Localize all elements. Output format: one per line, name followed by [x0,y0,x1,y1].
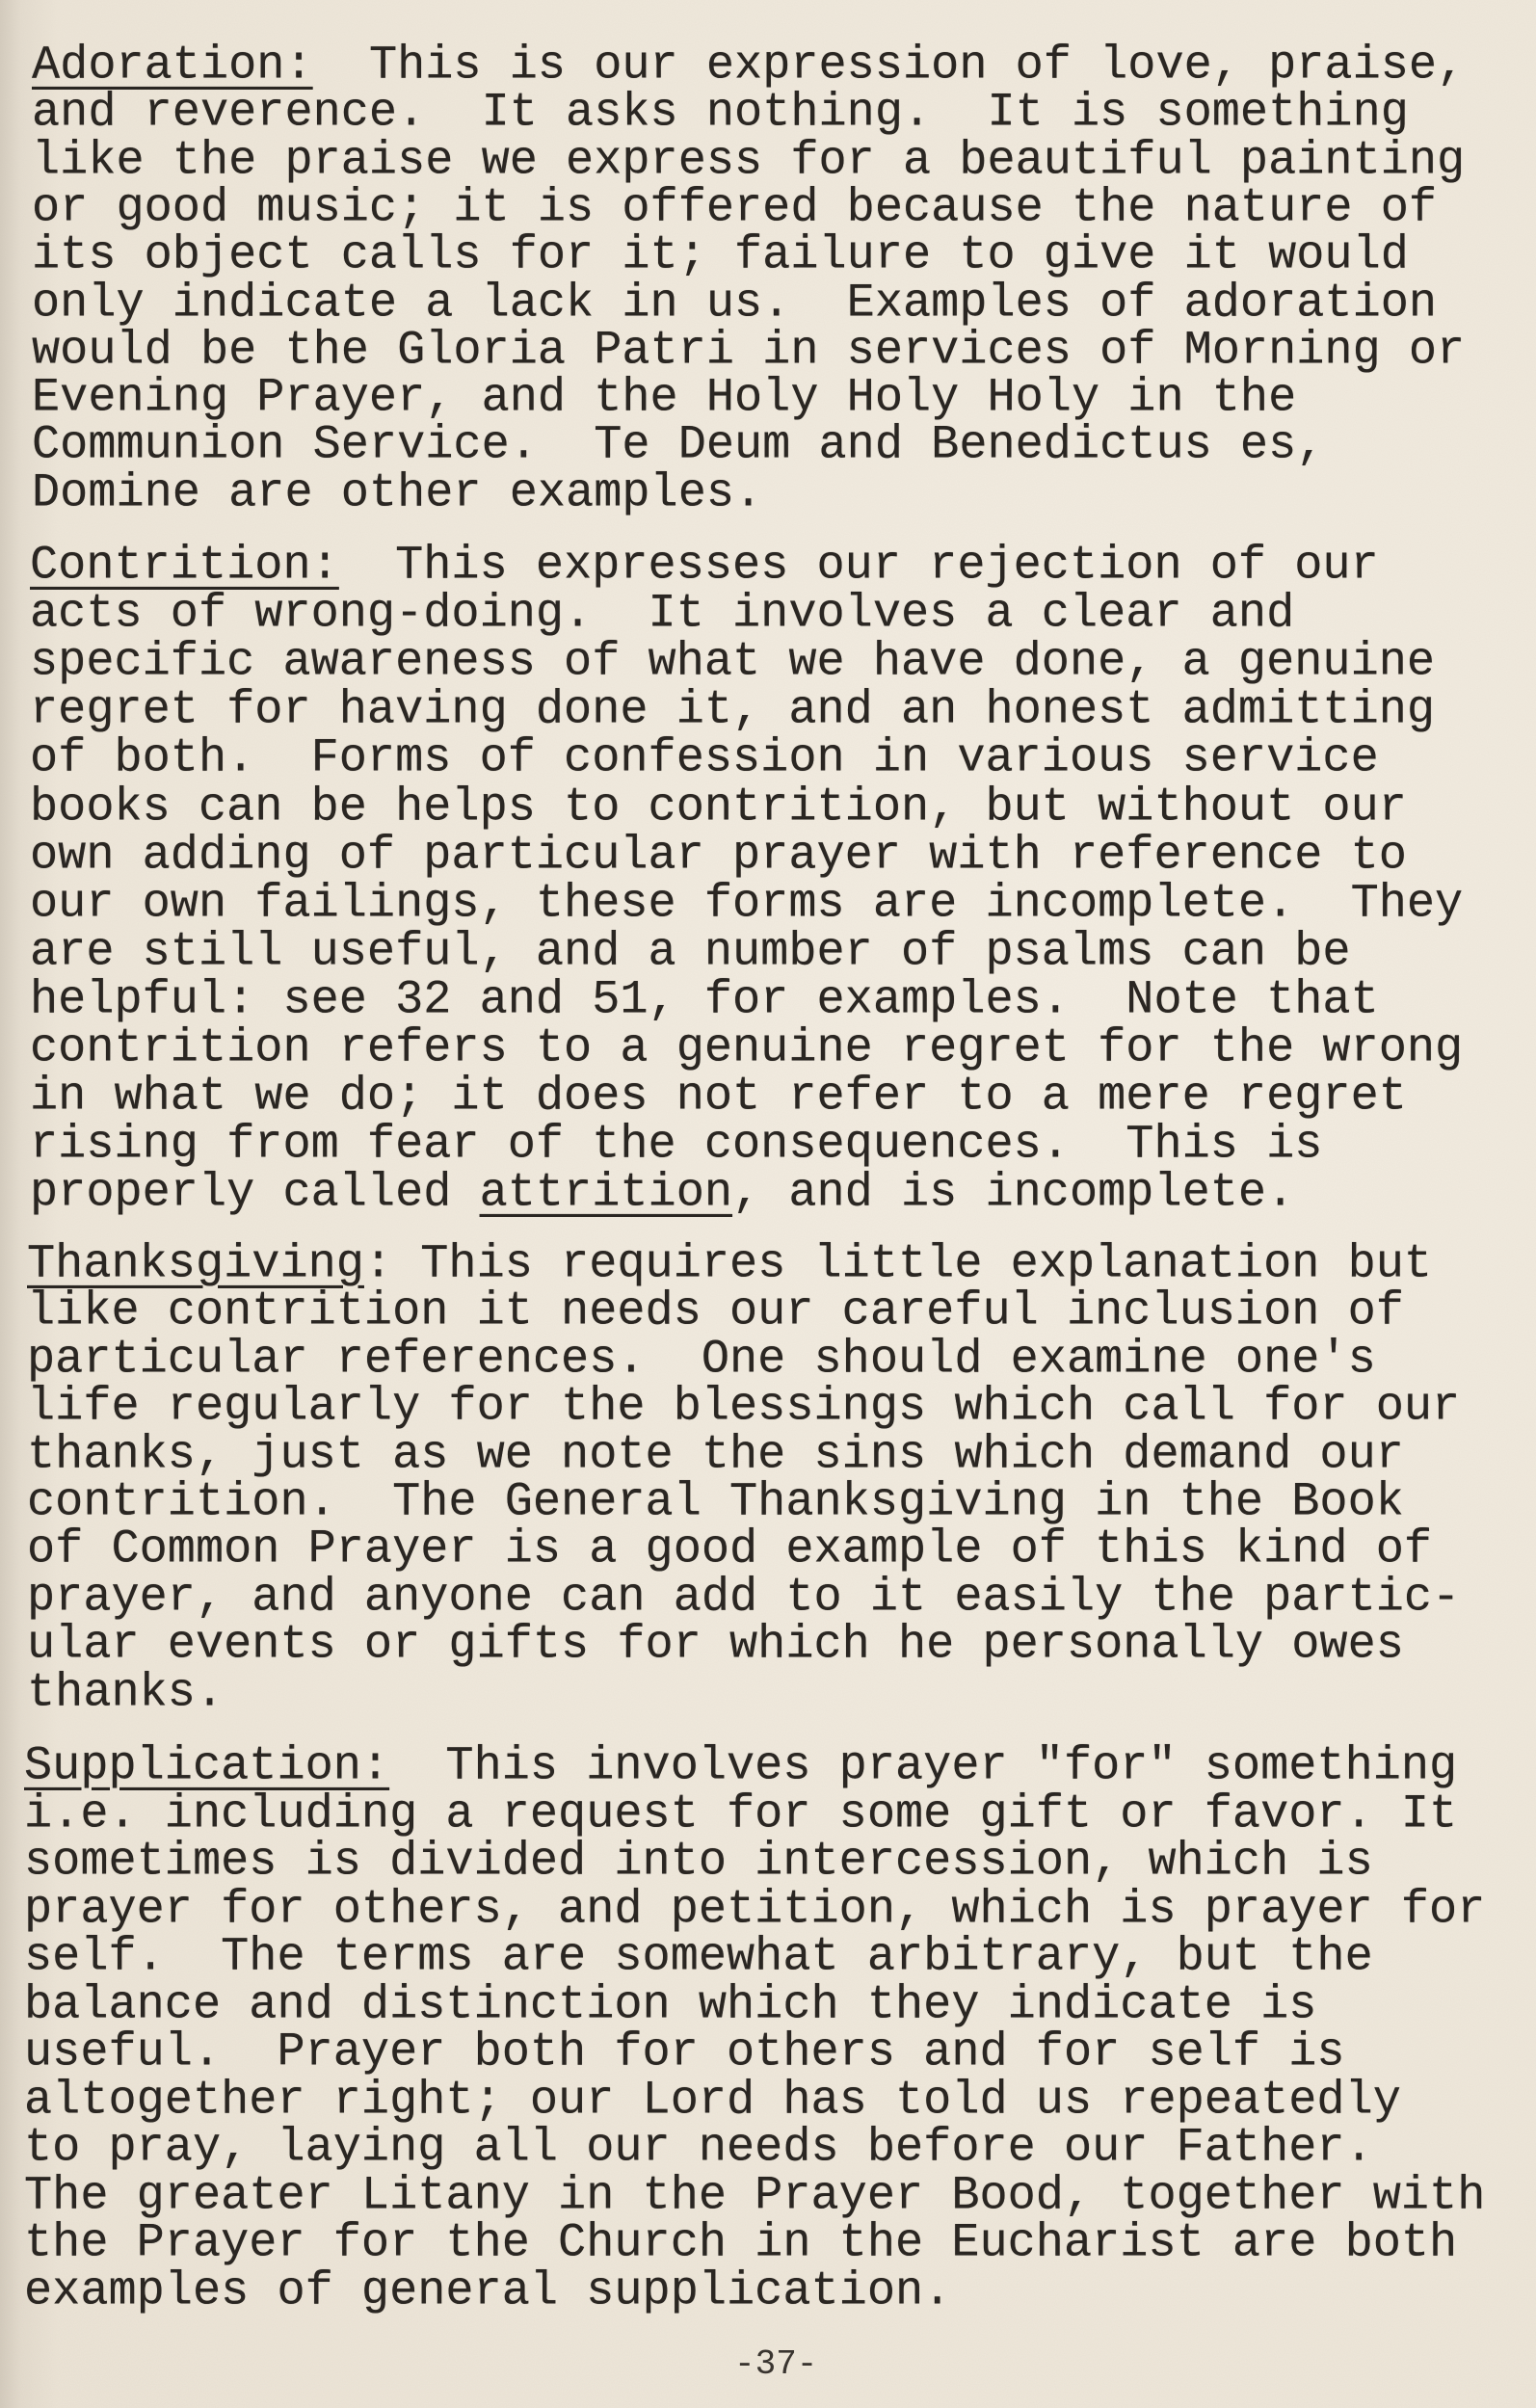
text-line: Domine are other examples. [32,470,762,518]
text-line: ular events or gifts for which he person… [27,1622,1404,1670]
text-run: to pray, laying all our needs before our… [24,2121,1373,2175]
text-run: acts of wrong-doing. It involves a clear… [30,587,1294,641]
text-line: thanks. [27,1670,224,1718]
text-line: own adding of particular prayer with ref… [30,833,1407,881]
text-line: Evening Prayer, and the Holy Holy Holy i… [32,375,1296,423]
text-line: sometimes is divided into intercession, … [24,1839,1373,1887]
text-run: specific awareness of what we have done,… [30,635,1435,689]
text-line: useful. Prayer both for others and for s… [24,2029,1345,2077]
text-line: altogether right; our Lord has told us r… [24,2077,1401,2126]
text-run: Evening Prayer, and the Holy Holy Holy i… [32,371,1296,425]
text-run: self. The terms are somewhat arbitrary, … [24,1930,1373,1984]
text-line: contrition. The General Thanksgiving in … [27,1479,1404,1527]
text-run: useful. Prayer both for others and for s… [24,2025,1345,2079]
text-line: Contrition: This expresses our rejection… [30,542,1379,591]
text-run: like the praise we express for a beautif… [32,134,1465,188]
text-run: helpful: see 32 and 51, for examples. No… [30,973,1379,1027]
text-run: Communion Service. Te Deum and Benedictu… [32,418,1324,472]
text-line: specific awareness of what we have done,… [30,639,1435,687]
text-line: rising from fear of the consequences. Th… [30,1122,1322,1170]
text-run: books can be helps to contrition, but wi… [30,780,1407,834]
text-line: are still useful, and a number of psalms… [30,929,1351,977]
text-run: are still useful, and a number of psalms… [30,925,1351,979]
text-run: rising from fear of the consequences. Th… [30,1118,1322,1172]
text-run: sometimes is divided into intercession, … [24,1835,1373,1889]
text-line: thanks, just as we note the sins which d… [27,1432,1404,1480]
text-run: of both. Forms of confession in various … [30,731,1379,785]
text-line: like the praise we express for a beautif… [32,138,1465,186]
text-line: prayer for others, and petition, which i… [24,1887,1485,1935]
text-line: of both. Forms of confession in various … [30,735,1379,783]
text-run: in what we do; it does not refer to a me… [30,1070,1407,1124]
text-line: helpful: see 32 and 51, for examples. No… [30,977,1379,1025]
text-line: The greater Litany in the Prayer Bood, t… [24,2173,1485,2221]
text-line: particular references. One should examin… [27,1336,1376,1385]
text-run: prayer for others, and petition, which i… [24,1882,1485,1936]
text-line: examples of general supplication. [24,2268,951,2316]
section-heading: Supplication: [24,1739,389,1793]
text-run: Domine are other examples. [32,466,762,520]
text-line: only indicate a lack in us. Examples of … [32,280,1437,329]
page-number: -37- [734,2344,817,2384]
text-line: like contrition it needs our careful inc… [27,1288,1404,1336]
text-run: life regularly for the blessings which c… [27,1380,1460,1434]
section-heading: Adoration: [32,39,313,93]
text-run: thanks. [27,1666,224,1720]
section-heading: Thanksgiving [27,1237,364,1291]
text-run: our own failings, these forms are incomp… [30,877,1463,931]
text-line: acts of wrong-doing. It involves a clear… [30,591,1294,639]
underlined-term: attrition [480,1166,732,1220]
text-run: regret for having done it, and an honest… [30,683,1435,737]
section-heading: Contrition: [30,539,339,593]
text-line: and reverence. It asks nothing. It is so… [32,90,1409,138]
text-line: or good music; it is offered because the… [32,185,1437,233]
text-line: Communion Service. Te Deum and Benedictu… [32,422,1324,470]
text-line: life regularly for the blessings which c… [27,1384,1460,1432]
text-line: i.e. including a request for some gift o… [24,1791,1457,1839]
text-line: of Common Prayer is a good example of th… [27,1526,1432,1574]
text-run: : This requires little explanation but [364,1237,1432,1291]
text-line: would be the Gloria Patri in services of… [32,328,1465,376]
text-line: prayer, and anyone can add to it easily … [27,1574,1460,1623]
text-run: the Prayer for the Church in the Euchari… [24,2216,1457,2270]
text-line: Supplication: This involves prayer "for"… [24,1743,1457,1791]
text-run: properly called [30,1166,480,1220]
text-line: self. The terms are somewhat arbitrary, … [24,1934,1373,1982]
text-line: Thanksgiving: This requires little expla… [27,1241,1432,1289]
text-line: contrition refers to a genuine regret fo… [30,1025,1463,1073]
text-line: Adoration: This is our expression of lov… [32,42,1465,91]
text-line: in what we do; it does not refer to a me… [30,1073,1407,1122]
text-run: contrition. The General Thanksgiving in … [27,1475,1404,1529]
text-run: thanks, just as we note the sins which d… [27,1428,1404,1482]
text-line: books can be helps to contrition, but wi… [30,784,1407,833]
text-line: our own failings, these forms are incomp… [30,881,1463,929]
text-run: balance and distinction which they indic… [24,1977,1316,2031]
text-run: ular events or gifts for which he person… [27,1618,1404,1672]
text-run: altogether right; our Lord has told us r… [24,2073,1401,2127]
text-run: would be the Gloria Patri in services of… [32,324,1465,378]
text-run: and reverence. It asks nothing. It is so… [32,86,1409,140]
text-run: This is our expression of love, praise, [313,39,1466,93]
text-line: the Prayer for the Church in the Euchari… [24,2220,1457,2268]
text-run: examples of general supplication. [24,2263,951,2317]
text-line: regret for having done it, and an honest… [30,687,1435,735]
text-line: its object calls for it; failure to give… [32,232,1409,280]
text-run: The greater Litany in the Prayer Bood, t… [24,2168,1485,2222]
text-line: balance and distinction which they indic… [24,1982,1316,2030]
scanned-page: Adoration: This is our expression of lov… [0,0,1536,2408]
text-run: only indicate a lack in us. Examples of … [32,276,1437,330]
text-run: This expresses our rejection of our [339,539,1379,593]
text-run: like contrition it needs our careful inc… [27,1284,1404,1338]
text-run: own adding of particular prayer with ref… [30,829,1407,883]
text-line: properly called attrition, and is incomp… [30,1170,1294,1218]
text-line: to pray, laying all our needs before our… [24,2125,1373,2173]
text-run: particular references. One should examin… [27,1333,1376,1387]
text-run: or good music; it is offered because the… [32,181,1437,235]
text-run: its object calls for it; failure to give… [32,228,1409,282]
text-run: contrition refers to a genuine regret fo… [30,1021,1463,1075]
text-run: i.e. including a request for some gift o… [24,1786,1457,1840]
text-run: , and is incomplete. [732,1166,1294,1220]
text-run: of Common Prayer is a good example of th… [27,1522,1432,1576]
text-run: This involves prayer "for" something [389,1739,1457,1793]
text-run: prayer, and anyone can add to it easily … [27,1571,1460,1625]
